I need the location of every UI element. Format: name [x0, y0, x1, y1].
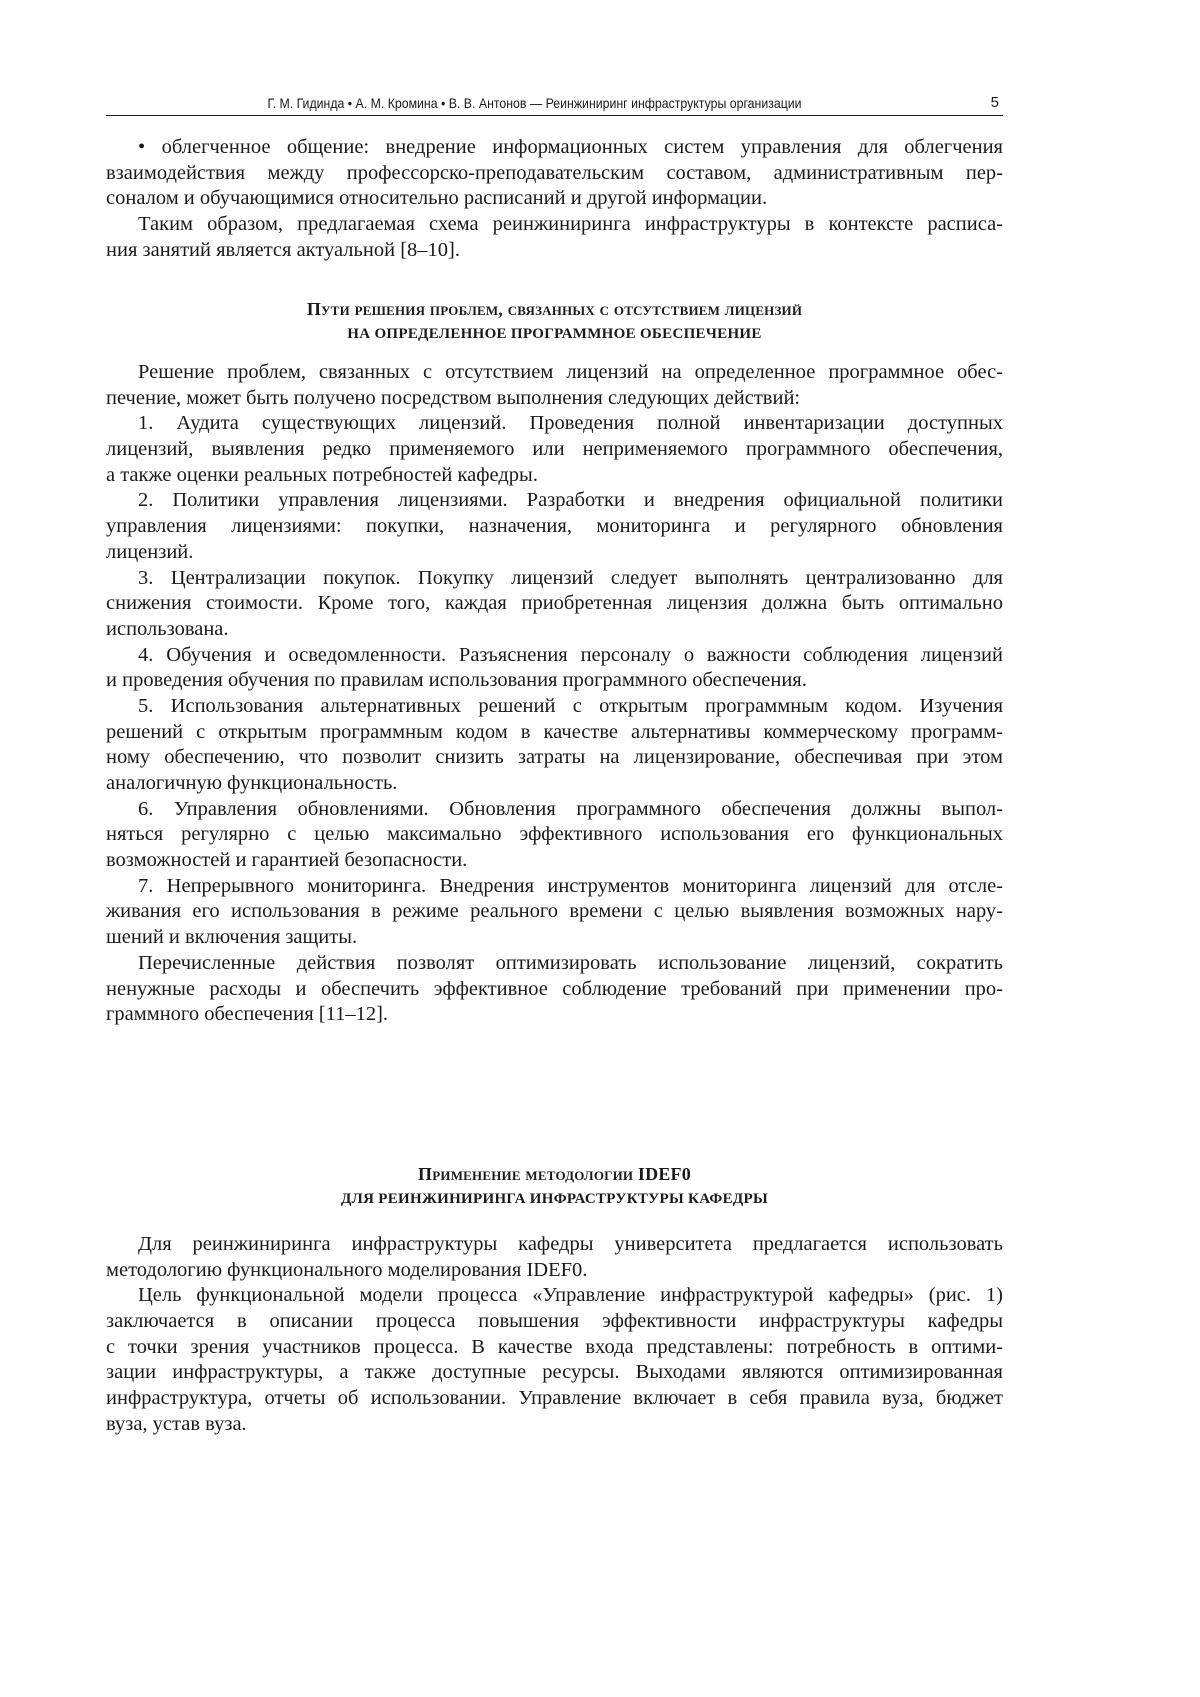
running-head-title: Г. М. Гидинда • А. М. Кромина • В. В. Ан… — [157, 95, 911, 111]
text-line: Перечисленные действия позволят оптимизи… — [106, 951, 1003, 977]
journal-page: Г. М. Гидинда • А. М. Кромина • В. В. Ан… — [0, 0, 1200, 1697]
section-heading-line-2: ДЛЯ РЕИНЖИНИРИНГА ИНФРАСТРУКТУРЫ КАФЕДРЫ — [106, 1187, 1003, 1212]
page-number: 5 — [991, 94, 999, 111]
text-line: с точки зрения участников процесса. В ка… — [106, 1335, 1003, 1361]
text-line: аналогичную функциональность. — [106, 771, 1003, 797]
text-line: заключается в описании процесса повышени… — [106, 1309, 1003, 1335]
text-line: ния занятий является актуальной [8–10]. — [106, 238, 1003, 264]
list-item-5: 5. Использования альтернативных решений … — [106, 694, 1003, 720]
text-line: методологию функционального моделировани… — [106, 1258, 1003, 1284]
text-line: снижения стоимости. Кроме того, каждая п… — [106, 591, 1003, 617]
text-line: использована. — [106, 617, 1003, 643]
text-line: Цель функциональной модели процесса «Упр… — [106, 1283, 1003, 1309]
section-heading-line-1: Применение методологии IDEF0 — [106, 1162, 1003, 1187]
text-line: печение, может быть получено посредством… — [106, 386, 1003, 412]
text-line: и проведения обучения по правилам исполь… — [106, 668, 1003, 694]
text-line: Таким образом, предлагаемая схема реинжи… — [106, 212, 1003, 238]
text-line: лицензий, выявления редко применяемого и… — [106, 437, 1003, 463]
text-line: Решение проблем, связанных с отсутствием… — [106, 360, 1003, 386]
text-line: зации инфраструктуры, а также доступные … — [106, 1360, 1003, 1386]
section-heading-line-2: НА ОПРЕДЕЛЕННОЕ ПРОГРАММНОЕ ОБЕСПЕЧЕНИЕ — [106, 322, 1003, 347]
text-line: управления лицензиями: покупки, назначен… — [106, 514, 1003, 540]
text-line: инфраструктура, отчеты об использовании.… — [106, 1386, 1003, 1412]
list-item-2: 2. Политики управления лицензиями. Разра… — [106, 488, 1003, 514]
text-line: лицензий. — [106, 540, 1003, 566]
text-line: ному обеспечению, что позволит снизить з… — [106, 745, 1003, 771]
list-item-6: 6. Управления обновлениями. Обновления п… — [106, 797, 1003, 823]
text-line: а также оценки реальных потребностей каф… — [106, 463, 1003, 489]
text-line: ненужные расходы и обеспечить эффективно… — [106, 977, 1003, 1003]
text-line: • облегченное общение: внедрение информа… — [106, 135, 1003, 161]
text-line: шений и включения защиты. — [106, 925, 1003, 951]
section-body-licenses: Решение проблем, связанных с отсутствием… — [106, 360, 1003, 1028]
list-item-4: 4. Обучения и осведомленности. Разъяснен… — [106, 643, 1003, 669]
section-heading-idef0: Применение методологии IDEF0 ДЛЯ РЕИНЖИН… — [106, 1162, 1003, 1212]
section-body-idef0: Для реинжиниринга инфраструктуры кафедры… — [106, 1232, 1003, 1438]
section-heading-line-1: Пути решения проблем, связанных с отсутс… — [106, 297, 1003, 322]
text-line: няться регулярно с целью максимально эфф… — [106, 822, 1003, 848]
list-item-1: 1. Аудита существующих лицензий. Проведе… — [106, 411, 1003, 437]
text-line: решений с открытым программным кодом в к… — [106, 720, 1003, 746]
text-line: возможностей и гарантией безопасности. — [106, 848, 1003, 874]
text-line: соналом и обучающимися относительно расп… — [106, 186, 1003, 212]
list-item-7: 7. Непрерывного мониторинга. Внедрения и… — [106, 874, 1003, 900]
list-item-3: 3. Централизации покупок. Покупку лиценз… — [106, 566, 1003, 592]
text-line: граммного обеспечения [11–12]. — [106, 1002, 1003, 1028]
text-line: Для реинжиниринга инфраструктуры кафедры… — [106, 1232, 1003, 1258]
text-line: вуза, устав вуза. — [106, 1412, 1003, 1438]
running-head: Г. М. Гидинда • А. М. Кромина • В. В. Ан… — [106, 93, 1003, 116]
intro-paragraphs: • облегченное общение: внедрение информа… — [106, 135, 1003, 263]
section-heading-licenses: Пути решения проблем, связанных с отсутс… — [106, 297, 1003, 347]
text-line: взаимодействия между профессорско-препод… — [106, 161, 1003, 187]
text-line: живания его использования в режиме реаль… — [106, 899, 1003, 925]
